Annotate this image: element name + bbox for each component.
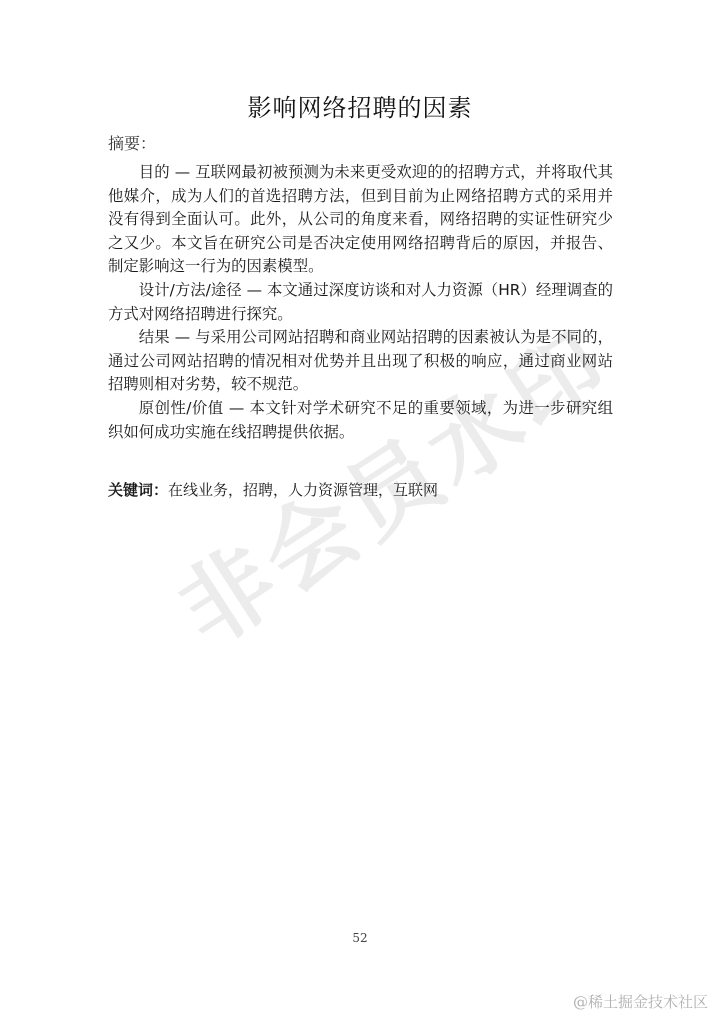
- source-watermark: @稀土掘金技术社区: [573, 991, 708, 1012]
- document-title: 影响网络招聘的因素: [0, 88, 720, 123]
- abstract-body: 目的 — 互联网最初被预测为未来更受欢迎的的招聘方式，并将取代其他媒介，成为人们…: [108, 161, 613, 444]
- paragraph-design: 设计/方法/途径 — 本文通过深度访谈和对人力资源（HR）经理调查的方式对网络招…: [108, 279, 613, 326]
- page-number: 52: [0, 931, 720, 945]
- abstract-label: 摘要：: [108, 131, 156, 154]
- keywords-list: 在线业务，招聘，人力资源管理，互联网: [168, 481, 438, 499]
- keywords-label: 关键词：: [108, 481, 168, 499]
- paragraph-originality: 原创性/价值 — 本文针对学术研究不足的重要领域，为进一步研究组织如何成功实施在…: [108, 397, 613, 444]
- paragraph-findings: 结果 — 与采用公司网站招聘和商业网站招聘的因素被认为是不同的，通过公司网站招聘…: [108, 326, 613, 397]
- paragraph-purpose: 目的 — 互联网最初被预测为未来更受欢迎的的招聘方式，并将取代其他媒介，成为人们…: [108, 161, 613, 279]
- keywords-line: 关键词：在线业务，招聘，人力资源管理，互联网: [108, 479, 438, 502]
- document-page: 非会员水印 影响网络招聘的因素 摘要： 目的 — 互联网最初被预测为未来更受欢迎…: [0, 0, 720, 1019]
